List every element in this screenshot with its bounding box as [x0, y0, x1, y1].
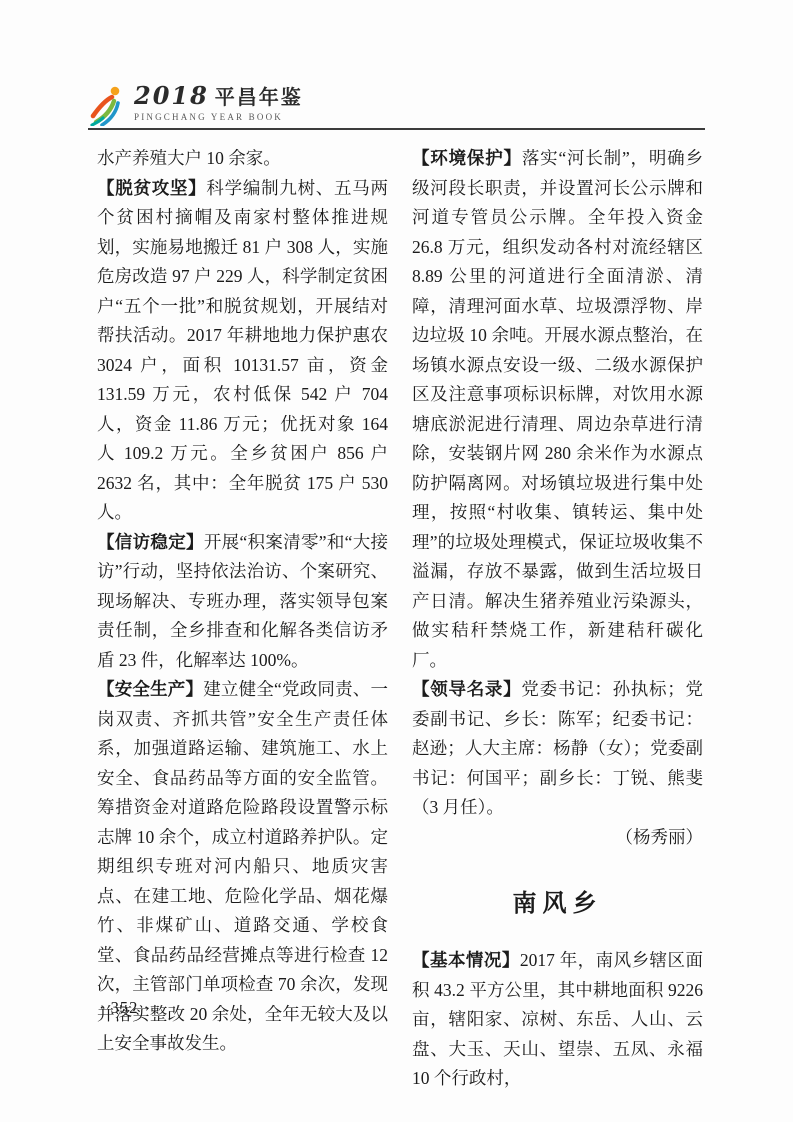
entry-heading: 【环境保护】 — [412, 148, 522, 168]
paragraph-xinfang-wending: 【信访稳定】开展“积案清零”和“大接访”行动，坚持依法治访、个案研究、现场解决、… — [97, 528, 388, 676]
entry-heading: 【领导名录】 — [412, 679, 521, 699]
entry-heading: 【信访稳定】 — [97, 532, 204, 552]
page-number: · 352 · — [99, 998, 150, 1018]
masthead: 2018 平昌年鉴 PINGCHANG YEAR BOOK — [88, 84, 705, 126]
logo-subtitle: PINGCHANG YEAR BOOK — [134, 112, 303, 122]
left-column: 水产养殖大户 10 余家。 【脱贫攻坚】科学编制九树、五马两个贫困村摘帽及南家村… — [97, 144, 388, 1094]
continuation-paragraph: 水产养殖大户 10 余家。 — [97, 144, 388, 174]
yearbook-logo: 2018 平昌年鉴 PINGCHANG YEAR BOOK — [88, 84, 705, 126]
section-title-nanfeng-township: 南风乡 — [412, 889, 703, 920]
header-rule — [88, 128, 705, 130]
yearbook-page: { "header": { "logo_year": "2018", "logo… — [0, 0, 793, 1122]
yearbook-logo-figure-icon — [88, 84, 128, 126]
entry-heading: 【基本情况】 — [412, 950, 520, 970]
author-byline: （杨秀丽） — [412, 823, 703, 853]
logo-title: 平昌年鉴 — [215, 88, 303, 108]
right-column: 【环境保护】落实“河长制”，明确乡级河段长职责，并设置河长公示牌和河道专管员公示… — [412, 144, 703, 1094]
paragraph-huanjing-baohu: 【环境保护】落实“河长制”，明确乡级河段长职责，并设置河长公示牌和河道专管员公示… — [412, 144, 703, 675]
paragraph-jiben-qingkuang: 【基本情况】2017 年，南风乡辖区面积 43.2 平方公里，其中耕地面积 92… — [412, 946, 703, 1094]
entry-heading: 【安全生产】 — [97, 679, 203, 699]
page-body: 水产养殖大户 10 余家。 【脱贫攻坚】科学编制九树、五马两个贫困村摘帽及南家村… — [97, 144, 703, 1094]
paragraph-lingdao-minglu: 【领导名录】党委书记：孙执标；党委副书记、乡长：陈军；纪委书记：赵逊；人大主席：… — [412, 675, 703, 823]
logo-year: 2018 — [134, 84, 209, 108]
entry-heading: 【脱贫攻坚】 — [97, 178, 206, 198]
logo-text-block: 2018 平昌年鉴 PINGCHANG YEAR BOOK — [134, 84, 303, 122]
paragraph-tuopin-gongjian: 【脱贫攻坚】科学编制九树、五马两个贫困村摘帽及南家村整体推进规划，实施易地搬迁 … — [97, 174, 388, 528]
